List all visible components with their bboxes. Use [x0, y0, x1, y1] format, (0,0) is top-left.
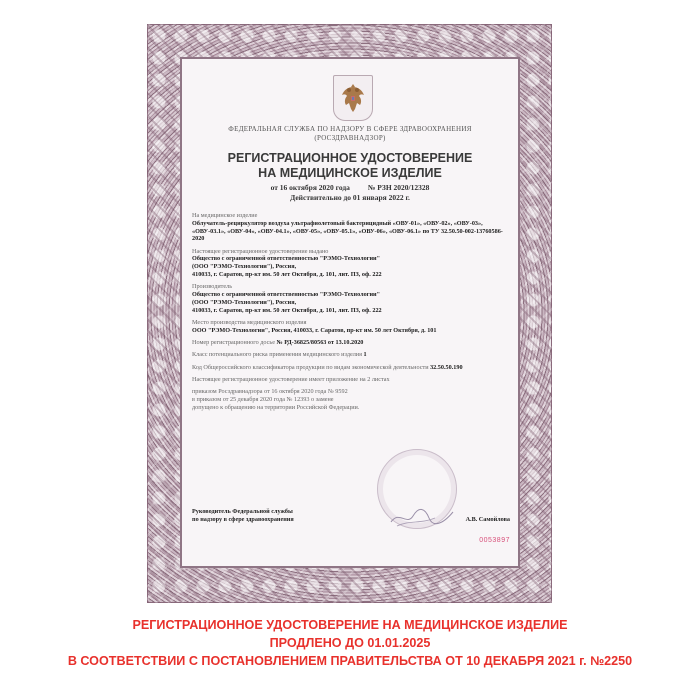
- manufacturer-line: 410033, г. Саратов, пр-кт им. 50 лет Окт…: [192, 307, 510, 315]
- certificate-title: РЕГИСТРАЦИОННОЕ УДОСТОВЕРЕНИЕ НА МЕДИЦИН…: [182, 151, 518, 181]
- issued-label: Настоящее регистрационное удостоверение …: [192, 248, 510, 256]
- order-block: приказом Росздравнадзора от 16 октября 2…: [192, 388, 510, 411]
- notice-line-3: В СООТВЕТСТВИИ С ПОСТАНОВЛЕНИЕМ ПРАВИТЕЛ…: [0, 652, 700, 670]
- production-block: Место производства медицинского изделия …: [192, 319, 510, 335]
- notice-line-1: РЕГИСТРАЦИОННОЕ УДОСТОВЕРЕНИЕ НА МЕДИЦИН…: [0, 616, 700, 634]
- certificate-body: ФЕДЕРАЛЬНАЯ СЛУЖБА ПО НАДЗОРУ В СФЕРЕ ЗД…: [180, 57, 520, 568]
- serial-number: 0053897: [479, 537, 510, 544]
- risk-label: Класс потенциального риска применения ме…: [192, 351, 362, 358]
- order-line: приказом Росздравнадзора от 16 октября 2…: [192, 388, 510, 396]
- agency-full: ФЕДЕРАЛЬНАЯ СЛУЖБА ПО НАДЗОРУ В СФЕРЕ ЗД…: [182, 125, 518, 134]
- order-line: допущено к обращению на территории Росси…: [192, 404, 510, 412]
- risk-value: 1: [364, 351, 367, 358]
- production-label: Место производства медицинского изделия: [192, 319, 510, 327]
- issue-date: от 16 октября 2020 года: [271, 183, 350, 192]
- risk-block: Класс потенциального риска применения ме…: [192, 351, 510, 359]
- signer-title: Руководитель Федеральной службы по надзо…: [192, 508, 294, 524]
- agency-short: (РОСЗДРАВНАДЗОР): [182, 134, 518, 143]
- manufacturer-label: Производитель: [192, 283, 510, 291]
- device-value: Облучатель-рециркулятор воздуха ультрафи…: [192, 220, 510, 243]
- okpd-block: Код Общероссийского классификатора проду…: [192, 364, 510, 372]
- issued-line: 410033, г. Саратов, пр-кт им. 50 лет Окт…: [192, 271, 510, 279]
- issued-block: Настоящее регистрационное удостоверение …: [192, 248, 510, 279]
- signature-row: Руководитель Федеральной службы по надзо…: [192, 508, 510, 524]
- okpd-label: Код Общероссийского классификатора проду…: [192, 364, 429, 371]
- title-line-2: НА МЕДИЦИНСКОЕ ИЗДЕЛИЕ: [182, 166, 518, 181]
- dossier-value: № РД-36825/80563 от 13.10.2020: [277, 339, 364, 346]
- production-value: ООО "РЭМО-Технологии", Россия, 410033, г…: [192, 327, 510, 335]
- signer-title-line: Руководитель Федеральной службы: [192, 508, 294, 516]
- notice-line-2: ПРОДЛЕНО ДО 01.01.2025: [0, 634, 700, 652]
- certificate-dateline: от 16 октября 2020 года № РЗН 2020/12328…: [182, 183, 518, 203]
- signer-name: А.В. Самойлова: [466, 516, 510, 524]
- appendix-text: Настоящее регистрационное удостоверение …: [192, 376, 510, 384]
- valid-until: Действительно до 01 января 2022 г.: [182, 193, 518, 203]
- title-line-1: РЕГИСТРАЦИОННОЕ УДОСТОВЕРЕНИЕ: [182, 151, 518, 166]
- signer-title-line: по надзору в сфере здравоохранения: [192, 516, 294, 524]
- manufacturer-line: Общество с ограниченной ответственностью…: [192, 291, 510, 299]
- manufacturer-line: (ООО "РЭМО-Технологии"), Россия,: [192, 299, 510, 307]
- extension-notice: РЕГИСТРАЦИОННОЕ УДОСТОВЕРЕНИЕ НА МЕДИЦИН…: [0, 616, 700, 670]
- device-block: На медицинское изделие Облучатель-рецирк…: [192, 212, 510, 243]
- certificate-details: На медицинское изделие Облучатель-рецирк…: [192, 212, 510, 416]
- manufacturer-block: Производитель Общество с ограниченной от…: [192, 283, 510, 314]
- device-label: На медицинское изделие: [192, 212, 510, 220]
- dossier-label: Номер регистрационного досье: [192, 339, 275, 346]
- okpd-value: 32.50.50.190: [430, 364, 462, 371]
- dossier-block: Номер регистрационного досье № РД-36825/…: [192, 339, 510, 347]
- order-line: в приказом от 25 декабря 2020 года № 123…: [192, 396, 510, 404]
- certificate-frame: ФЕДЕРАЛЬНАЯ СЛУЖБА ПО НАДЗОРУ В СФЕРЕ ЗД…: [147, 24, 552, 603]
- issued-line: Общество с ограниченной ответственностью…: [192, 255, 510, 263]
- issued-line: (ООО "РЭМО-Технологии"), Россия,: [192, 263, 510, 271]
- certificate-number: № РЗН 2020/12328: [368, 183, 430, 192]
- coat-of-arms-icon: [333, 75, 373, 121]
- agency-name: ФЕДЕРАЛЬНАЯ СЛУЖБА ПО НАДЗОРУ В СФЕРЕ ЗД…: [182, 125, 518, 143]
